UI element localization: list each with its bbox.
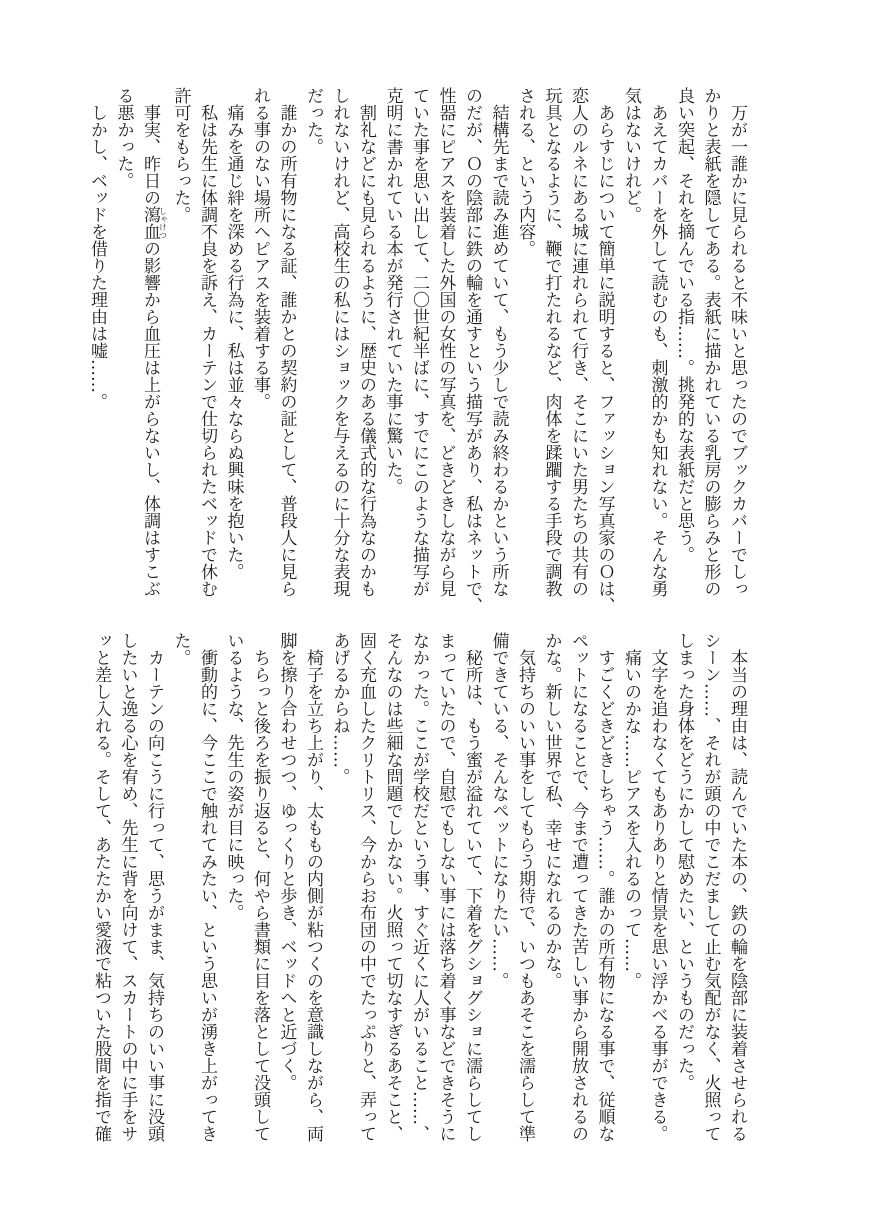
text-column: 脚を擦り合わせつつ、ゆっくりと歩き、ベッドへと近づく。	[273, 632, 300, 1146]
text-column: ペットになることで、今まで遭ってきた苦しい事から開放されるの	[565, 632, 592, 1146]
text-column: 万が一誰かに見られると不味いと思ったのでブックカバーでしっ	[724, 87, 751, 601]
text-column: ちらっと後ろを振り返ると、何やら書類に目を落として没頭して	[247, 632, 274, 1146]
text-column: 椅子を立ち上がり、太ももの内側が粘つくのを意識しながら、両	[300, 632, 327, 1146]
text-column: かりと表紙を隠してある。表紙に描かれている乳房の膨らみと形の	[697, 87, 724, 601]
text-column: 衝動的に、今ここで触れてみたい、という思いが湧き上がってき	[194, 632, 221, 1146]
text-column: まっていたので、自慰でもしない事には落ち着く事などできそうに	[432, 632, 459, 1146]
text-column: そんなのは些細な問題でしかない。火照って切なすぎるあそこと、	[379, 632, 406, 1146]
text-column: あげるからね……。	[326, 632, 353, 1146]
text-column: た。	[167, 632, 194, 1146]
text-column: 性器にピアスを装着した外国の女性の写真を、どきどきしながら見	[432, 87, 459, 601]
text-column: 許可をもらった。	[167, 87, 194, 601]
text-column: なかった。ここが学校だという事、すぐ近くに人がいること……、	[406, 632, 433, 1146]
text-column: のだが、Ｏの陰部に鉄の輪を通すという描写があり、私はネットで、	[459, 87, 486, 601]
text-column: しかし、ベッドを借りた理由は嘘……。	[84, 87, 111, 601]
text-column: 痛みを通じ絆を深める行為に、私は並々ならぬ興味を抱いた。	[220, 87, 247, 601]
text-column: 固く充血したクリトリス、今からお布団の中でたっぷりと、弄って	[353, 632, 380, 1146]
text-block-top: 万が一誰かに見られると不味いと思ったのでブックカバーでしっかりと表紙を隠してある…	[86, 87, 750, 601]
text-column: 備できている、そんなペットになりたい……。	[485, 632, 512, 1146]
text-column: 良い突起、それを摘んでいる指……。挑発的な表紙だと思う。	[671, 87, 698, 601]
text-block-bottom: 本当の理由は、読んでいた本の、鉄の輪を陰部に装着させられるシーン……、それが頭の…	[86, 632, 750, 1146]
text-column: 結構先まで読み進めていて、もう少しで読み終わるかという所な	[485, 87, 512, 601]
text-column: る悪かった。	[110, 87, 137, 601]
text-column: ていた事を思い出して、二〇世紀半ばに、すでにこのような描写が	[406, 87, 433, 601]
text-column: あらすじについて簡単に説明すると、ファッション写真家のＯは、	[591, 87, 618, 601]
text-column: カーテンの向こうに行って、思うがまま、気持ちのいい事に没頭	[141, 632, 168, 1146]
text-column: 割礼などにも見られるように、歴史のある儀式的な行為なのかも	[353, 87, 380, 601]
text-column: 私は先生に体調不良を訴え、カーテンで仕切られたベッドで休む	[194, 87, 221, 601]
text-column: 恋人のルネにある城に連れられて行き、そこにいた男たちの共有の	[565, 87, 592, 601]
text-column: しまった身体をどうにかして慰めたい、というものだった。	[671, 632, 698, 1146]
text-column: 玩具となるように、鞭で打たれるなど、肉体を蹂躙する手段で調教	[538, 87, 565, 601]
text-column: される、という内容。	[512, 87, 539, 601]
text-column: 文字を追わなくてもありありと情景を思い浮かべる事ができる。	[644, 632, 671, 1146]
text-column: しれないけれど、高校生の私にはショックを与えるのに十分な表現	[326, 87, 353, 601]
text-column: ッと差し入れる。そして、あたたかい愛液で粘ついた股間を指で確	[88, 632, 115, 1146]
text-column: 気はないけれど。	[618, 87, 645, 601]
text-column: 痛いのかな……ピアスを入れるのって……。	[618, 632, 645, 1146]
text-column: いるような、先生の姿が目に映った。	[220, 632, 247, 1146]
text-column: 事実、昨日の瀉血しゃけつの影響から血圧は上がらないし、体調はすこぶ	[137, 87, 168, 601]
text-column: だった。	[300, 87, 327, 601]
text-column: 誰かの所有物になる証、誰かとの契約の証として、普段人に見ら	[273, 87, 300, 601]
text-column: 本当の理由は、読んでいた本の、鉄の輪を陰部に装着させられる	[724, 632, 751, 1146]
text-column: すごくどきどきしちゃう……。誰かの所有物になる事で、従順な	[591, 632, 618, 1146]
text-column: 気持ちのいい事をしてもらう期待で、いつもあそこを濡らして準	[512, 632, 539, 1146]
text-column: したいと逸る心を宥め、先生に背を向けて、スカートの中に手をサ	[114, 632, 141, 1146]
text-column: れる事のない場所へピアスを装着する事。	[247, 87, 274, 601]
text-column: シーン……、それが頭の中でこだまして止む気配がなく、火照って	[697, 632, 724, 1146]
text-column: 克明に書かれている本が発行されていた事に驚いた。	[379, 87, 406, 601]
text-column: あえてカバーを外して読むのも、刺激的かも知れない。そんな勇	[644, 87, 671, 601]
text-column: 秘所は、もう蜜が溢れていて、下着をグショグショに濡らしてし	[459, 632, 486, 1146]
text-column: かな。新しい世界で私、幸せになれるのかな。	[538, 632, 565, 1146]
novel-page: 万が一誰かに見られると不味いと思ったのでブックカバーでしっかりと表紙を隠してある…	[0, 0, 874, 1225]
